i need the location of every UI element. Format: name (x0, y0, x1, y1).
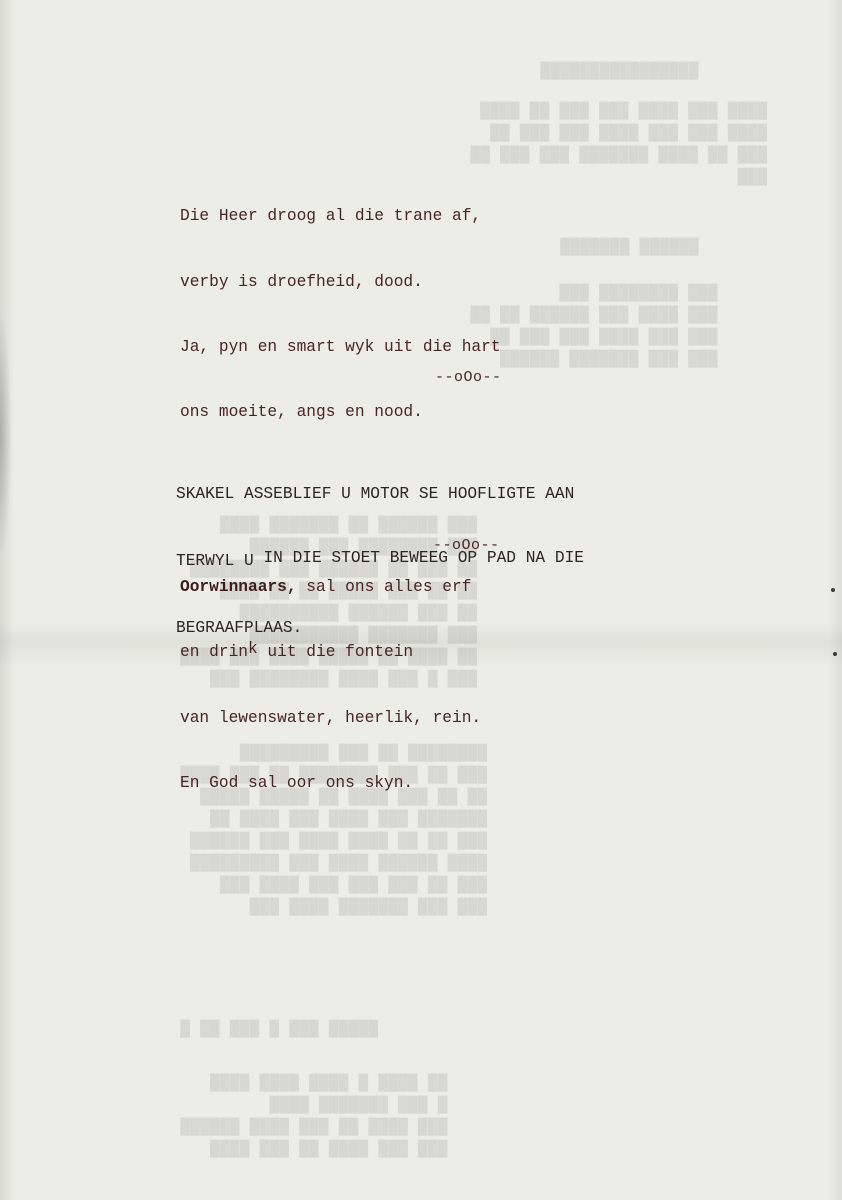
poem-line: En God sal oor ons skyn. (180, 773, 501, 795)
poem-line: Ja, pyn en smart wyk uit die hart (180, 337, 501, 359)
notice-line: SKAKEL ASSEBLIEF U MOTOR SE HOOFLIGTE AA… (176, 483, 584, 505)
notice-line: TERWYL U IN DIE STOET BEWEEG OP PAD NA D… (176, 550, 584, 572)
poem-line: verby is droefheid, dood. (180, 272, 501, 294)
notice-line-part: IN DIE STOET BEWEEG OP PAD NA DIE (263, 549, 584, 567)
show-through-block: ████ ███ ████ ███ ███ ██ ████ ████ ███ █… (470, 100, 767, 188)
section-separator: --oOo-- (433, 537, 500, 554)
punch-mark (833, 652, 837, 656)
poem-line: ons moeite, angs en nood. (180, 402, 501, 424)
paper-crease (0, 310, 12, 560)
poem-stanza-1: Die Heer droog al die trane af, verby is… (180, 163, 501, 468)
show-through-block: ████████████████ (540, 60, 698, 82)
poem-line: van lewenswater, heerlik, rein. (180, 708, 501, 730)
show-through-block: █████ ███ █ ███ ██ █ (180, 1018, 378, 1040)
show-through-block: ██ ████ █ ████ ████ ████ █ ███ ███████ █… (180, 1072, 447, 1160)
punch-mark (831, 588, 835, 592)
poem-line: Die Heer droog al die trane af, (180, 206, 501, 228)
show-through-block: ███ ████████ ███ ███ ████ ███ ██████ ██ … (470, 282, 718, 370)
show-through-block: ██████ ███████ (560, 236, 699, 258)
section-separator: --oOo-- (435, 369, 502, 386)
notice-line-part: TERWYL U (176, 552, 263, 570)
headlights-notice: SKAKEL ASSEBLIEF U MOTOR SE HOOFLIGTE AA… (176, 438, 584, 661)
notice-line: BEGRAAFPLAAS. (176, 617, 584, 639)
